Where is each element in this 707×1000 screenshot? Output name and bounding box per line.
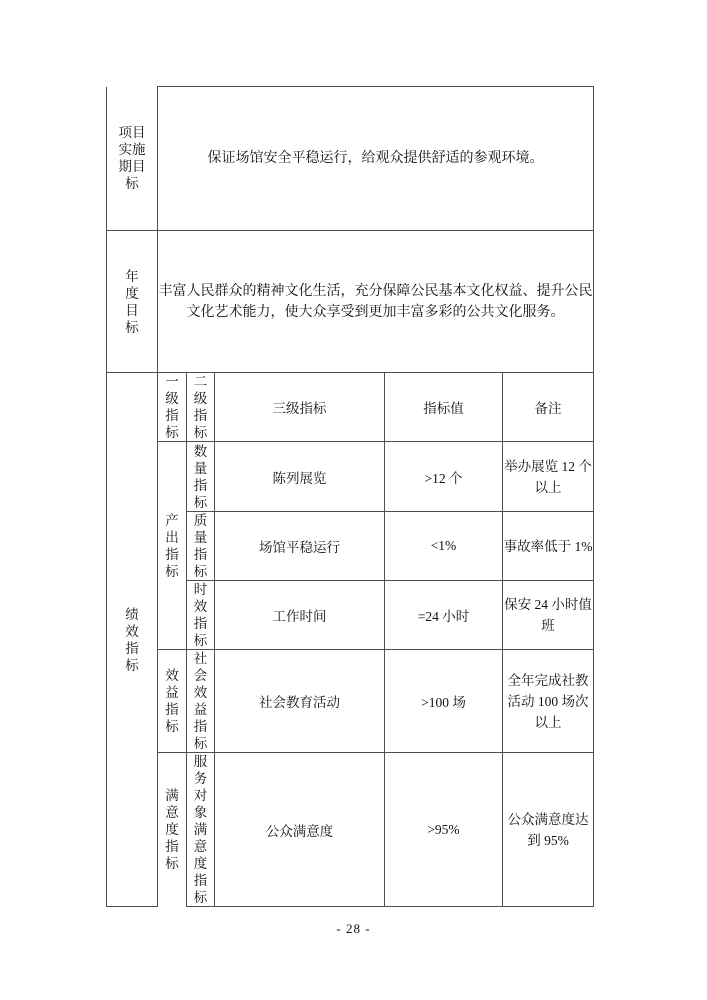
level2-quantity-cell: 数量指标 [187, 442, 215, 512]
level3-stable-operation: 场馆平稳运行 [215, 512, 385, 581]
level1-benefit-label: 效益指标 [165, 667, 179, 735]
col-header-level2: 二级指标 [193, 373, 207, 441]
performance-goal-table: 项目实施期目标 保证场馆安全平稳运行，给观众提供舒适的参观环境。 年度目标 丰富… [106, 86, 594, 907]
col-header-level1: 一级指标 [165, 373, 179, 441]
indicator-row-satisfaction: 满意度指标 服务对象满意度指标 公众满意度 >95% 公众满意度达到 95% [107, 753, 594, 907]
level1-benefit-cell: 效益指标 [158, 650, 187, 753]
indicator-header-row: 绩效指标 一级指标 二级指标 三级指标 指标值 备注 [107, 373, 594, 442]
row-annual-goal: 年度目标 丰富人民群众的精神文化生活，充分保障公民基本文化权益、提升公民文化艺术… [107, 231, 594, 373]
level2-service-satisfaction-cell: 服务对象满意度指标 [187, 753, 215, 907]
note-social-education: 全年完成社教活动 100 场次以上 [503, 650, 594, 753]
annual-goal-text: 丰富人民群众的精神文化生活，充分保障公民基本文化权益、提升公民文化艺术能力，使大… [158, 231, 594, 373]
level3-social-education: 社会教育活动 [215, 650, 385, 753]
level1-output-label: 产出指标 [165, 512, 179, 580]
row-project-period-goal: 项目实施期目标 保证场馆安全平稳运行，给观众提供舒适的参观环境。 [107, 87, 594, 231]
note-working-hours: 保安 24 小时值班 [503, 581, 594, 650]
level2-quality-cell: 质量指标 [187, 512, 215, 581]
level2-quantity-label: 数量指标 [193, 443, 207, 511]
level2-timeliness-label: 时效指标 [193, 581, 207, 649]
note-stable-operation: 事故率低于 1% [503, 512, 594, 581]
value-social-education: >100 场 [385, 650, 503, 753]
note-public-satisfaction: 公众满意度达到 95% [503, 753, 594, 907]
level2-social-benefit-cell: 社会效益指标 [187, 650, 215, 753]
note-exhibition: 举办展览 12 个以上 [503, 442, 594, 512]
level2-social-benefit-label: 社会效益指标 [193, 650, 207, 752]
value-public-satisfaction: >95% [385, 753, 503, 907]
document-page: 项目实施期目标 保证场馆安全平稳运行，给观众提供舒适的参观环境。 年度目标 丰富… [0, 0, 707, 1000]
col-header-note: 备注 [503, 373, 594, 442]
value-stable-operation: <1% [385, 512, 503, 581]
value-working-hours: =24 小时 [385, 581, 503, 650]
level1-satisfaction-label: 满意度指标 [165, 787, 179, 872]
level1-output-cell: 产出指标 [158, 442, 187, 650]
col-header-level1-cell: 一级指标 [158, 373, 187, 442]
level3-working-hours: 工作时间 [215, 581, 385, 650]
level1-satisfaction-cell: 满意度指标 [158, 753, 187, 907]
level2-service-satisfaction-label: 服务对象满意度指标 [193, 753, 207, 906]
col-header-value: 指标值 [385, 373, 503, 442]
indicator-row-social-benefit: 效益指标 社会效益指标 社会教育活动 >100 场 全年完成社教活动 100 场… [107, 650, 594, 753]
indicator-row-quantity: 产出指标 数量指标 陈列展览 >12 个 举办展览 12 个以上 [107, 442, 594, 512]
level3-public-satisfaction: 公众满意度 [215, 753, 385, 907]
annual-goal-label: 年度目标 [125, 268, 139, 336]
project-period-goal-text: 保证场馆安全平稳运行，给观众提供舒适的参观环境。 [158, 87, 594, 231]
project-period-goal-label: 项目实施期目标 [117, 124, 146, 192]
col-header-level2-cell: 二级指标 [187, 373, 215, 442]
project-period-goal-label-cell: 项目实施期目标 [107, 87, 158, 231]
page-number: - 28 - [0, 921, 707, 937]
level2-timeliness-cell: 时效指标 [187, 581, 215, 650]
level3-exhibition: 陈列展览 [215, 442, 385, 512]
annual-goal-label-cell: 年度目标 [107, 231, 158, 373]
col-header-level3: 三级指标 [215, 373, 385, 442]
perf-section-label: 绩效指标 [125, 606, 139, 674]
level2-quality-label: 质量指标 [193, 512, 207, 580]
perf-section-label-cell: 绩效指标 [107, 373, 158, 907]
value-exhibition: >12 个 [385, 442, 503, 512]
